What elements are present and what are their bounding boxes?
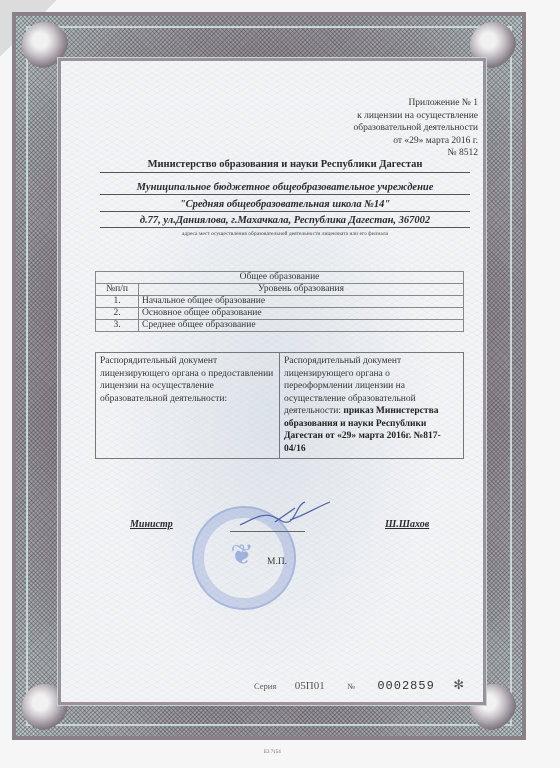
signatory-name: Ш.Шахов	[385, 519, 429, 530]
address-caption: адреса мест осуществления образовательно…	[100, 231, 470, 237]
row-level: Начальное общее образование	[139, 296, 464, 308]
grant-document-text: Распорядительный документ лицензирующего…	[100, 356, 273, 404]
row-number: 1.	[96, 296, 139, 308]
print-code: E3 7154	[264, 750, 281, 755]
row-number: 2.	[96, 308, 139, 320]
license-number: № 8512	[298, 147, 478, 160]
table-title: Общее образование	[96, 272, 464, 284]
row-level: Среднее общее образование	[139, 320, 464, 332]
appendix-header: Приложение № 1 к лицензии на осуществлен…	[298, 97, 478, 160]
appendix-line: от «29» марта 2016 г.	[298, 135, 478, 148]
appendix-line: Приложение № 1	[298, 97, 478, 110]
ministry-name: Министерство образования и науки Республ…	[100, 159, 470, 173]
appendix-line: образовательной деятельности	[298, 122, 478, 135]
eagle-emblem-icon: ❦	[222, 540, 262, 572]
administrative-documents-table: Распорядительный документ лицензирующего…	[95, 352, 464, 459]
column-header-level: Уровень образования	[139, 284, 464, 296]
series-value: 05П01	[295, 680, 325, 692]
number-value: 0002859	[377, 679, 434, 693]
table-row: 3. Среднее общее образование	[96, 320, 464, 332]
grant-document-cell: Распорядительный документ лицензирующего…	[96, 353, 280, 459]
column-header-number: №п/п	[96, 284, 139, 296]
organization-type: Муниципальное бюджетное общеобразователь…	[100, 182, 470, 195]
serial-number-row: Серия 05П01 № 0002859 ✻	[254, 677, 464, 693]
row-level: Основное общее образование	[139, 308, 464, 320]
education-levels-table: Общее образование №п/п Уровень образован…	[95, 271, 464, 332]
signature-mark	[235, 500, 335, 530]
number-label: №	[347, 682, 355, 691]
seal-place-label: М.П.	[267, 557, 287, 567]
asterisk-mark-icon: ✻	[453, 677, 464, 693]
row-number: 3.	[96, 320, 139, 332]
table-row: 2. Основное общее образование	[96, 308, 464, 320]
reissue-document-cell: Распорядительный документ лицензирующего…	[280, 353, 464, 459]
signatory-title: Министр	[130, 519, 173, 530]
table-row: 1. Начальное общее образование	[96, 296, 464, 308]
organization-name: "Средняя общеобразовательная школа №14"	[100, 199, 470, 212]
organization-address: д.77, ул.Даниялова, г.Махачкала, Республ…	[100, 215, 470, 228]
series-label: Серия	[254, 681, 276, 691]
signature-line	[230, 531, 305, 532]
appendix-line: к лицензии на осуществление	[298, 110, 478, 123]
